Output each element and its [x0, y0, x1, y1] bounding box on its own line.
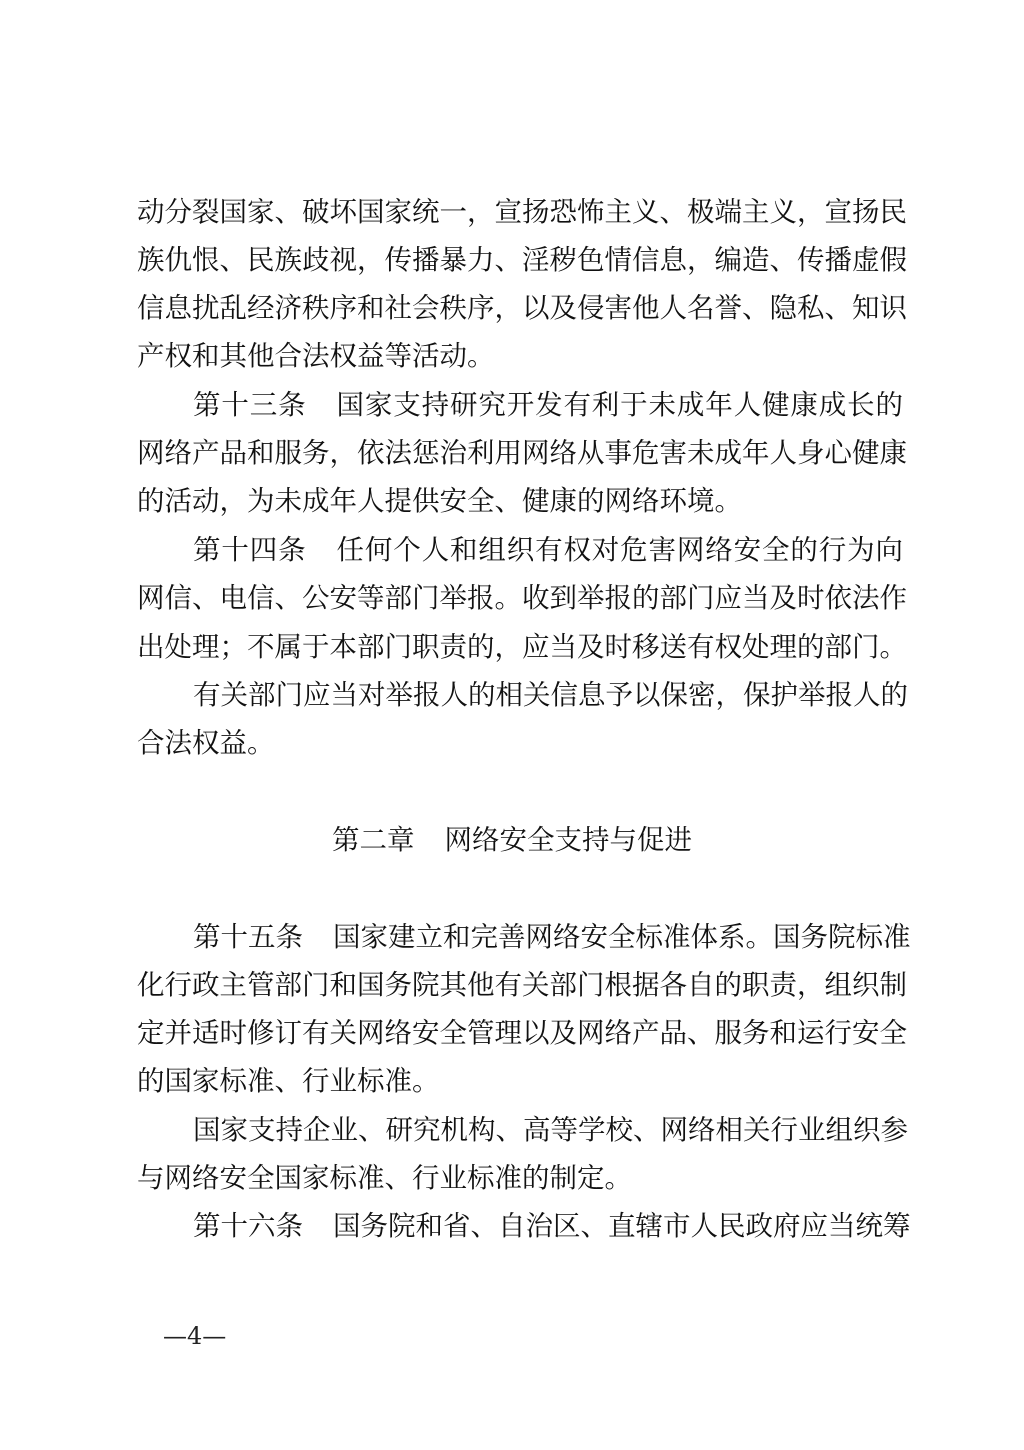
document-page: 动分裂国家、破坏国家统一，宣扬恐怖主义、极端主义，宣扬民 族仇恨、民族歧视，传播…	[0, 0, 1024, 1450]
page-number: —4—	[163, 1322, 226, 1350]
article-14-line-2: 网信、电信、公安等部门举报。收到举报的部门应当及时依法作	[137, 580, 903, 616]
body-line: 信息扰乱经济秩序和社会秩序，以及侵害他人名誉、隐私、知识	[137, 290, 903, 326]
article-15-para-2-line-2: 与网络安全国家标准、行业标准的制定。	[137, 1160, 903, 1196]
body-line: 产权和其他合法权益等活动。	[137, 338, 903, 374]
article-16-line-1: 第十六条国务院和省、自治区、直辖市人民政府应当统筹	[193, 1208, 903, 1244]
article-14-line-1: 第十四条任何个人和组织有权对危害网络安全的行为向	[193, 532, 903, 568]
article-text: 国家支持研究开发有利于未成年人健康成长的	[336, 389, 903, 421]
article-13-line-2: 网络产品和服务，依法惩治利用网络从事危害未成年人身心健康	[137, 435, 903, 471]
article-15-line-3: 定并适时修订有关网络安全管理以及网络产品、服务和运行安全	[137, 1015, 903, 1051]
article-13-line-1: 第十三条国家支持研究开发有利于未成年人健康成长的	[193, 387, 903, 423]
article-text: 国家建立和完善网络安全标准体系。国务院标准	[333, 921, 911, 953]
body-line: 族仇恨、民族歧视，传播暴力、淫秽色情信息，编造、传播虚假	[137, 242, 903, 278]
article-number: 第十三条	[193, 389, 306, 421]
article-13-line-3: 的活动，为未成年人提供安全、健康的网络环境。	[137, 483, 903, 519]
body-line: 动分裂国家、破坏国家统一，宣扬恐怖主义、极端主义，宣扬民	[137, 194, 903, 230]
chapter-number: 第二章	[332, 824, 415, 856]
article-15-para-2-line-1: 国家支持企业、研究机构、高等学校、网络相关行业组织参	[193, 1112, 903, 1148]
chapter-heading: 第二章网络安全支持与促进	[0, 822, 1024, 858]
chapter-title: 网络安全支持与促进	[445, 824, 693, 856]
article-text: 任何个人和组织有权对危害网络安全的行为向	[336, 534, 903, 566]
article-14-para-2-line-1: 有关部门应当对举报人的相关信息予以保密，保护举报人的	[193, 677, 903, 713]
article-15-line-4: 的国家标准、行业标准。	[137, 1063, 903, 1099]
article-15-line-2: 化行政主管部门和国务院其他有关部门根据各自的职责，组织制	[137, 967, 903, 1003]
article-14-para-2-line-2: 合法权益。	[137, 725, 903, 761]
article-number: 第十六条	[193, 1210, 303, 1242]
article-text: 国务院和省、自治区、直辖市人民政府应当统筹	[333, 1210, 911, 1242]
article-number: 第十四条	[193, 534, 306, 566]
article-14-line-3: 出处理；不属于本部门职责的，应当及时移送有权处理的部门。	[137, 629, 903, 665]
article-15-line-1: 第十五条国家建立和完善网络安全标准体系。国务院标准	[193, 919, 903, 955]
article-number: 第十五条	[193, 921, 303, 953]
